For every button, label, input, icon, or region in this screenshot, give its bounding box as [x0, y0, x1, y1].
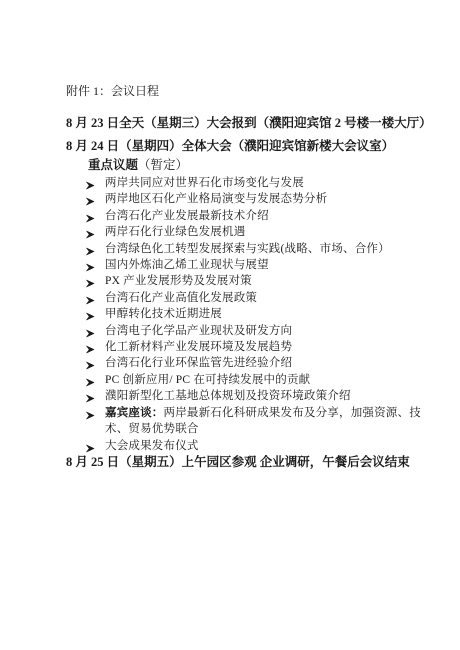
bullet-arrow-icon: [86, 228, 95, 237]
topic-text: 台湾电子化学品产业现状及研发方向: [105, 325, 292, 337]
topics-list: 两岸共同应对世界石化市场变化与发展 两岸地区石化产业格局演变与发展态势分析 台湾: [66, 175, 434, 454]
bullet-arrow-icon: [86, 359, 95, 368]
schedule-day-23: 8 月 23 日全天（星期三）大会报到（濮阳迎宾馆 2 号楼一楼大厅）: [66, 115, 434, 132]
topic-text: 两岸石化行业绿色发展机遇: [105, 226, 245, 238]
topic-text: 两岸地区石化产业格局演变与发展态势分析: [105, 193, 327, 205]
topic-list-item: 国内外炼油乙烯工业现状与展望: [66, 257, 434, 273]
topic-list-item: 甲醇转化技术近期进展: [66, 306, 434, 322]
attachment-title: 附件 1：会议日程: [66, 83, 434, 99]
bullet-arrow-icon: [86, 179, 95, 188]
topic-text: 两岸共同应对世界石化市场变化与发展: [105, 177, 304, 189]
topic-text: 台湾石化行业环保监管先进经验介绍: [105, 357, 292, 369]
bullet-arrow-icon: [86, 277, 95, 286]
bullet-arrow-icon: [86, 327, 95, 336]
topic-list-item: 台湾石化产业高值化发展政策: [66, 290, 434, 306]
topic-list-item: PX 产业发展形势及发展对策: [66, 273, 434, 289]
bullet-arrow-icon: [86, 245, 95, 254]
topic-text: 台湾绿色化工转型发展探索与实践(战略、市场、合作）: [105, 243, 390, 255]
bullet-arrow-icon: [86, 442, 95, 451]
bullet-arrow-icon: [86, 195, 95, 204]
topics-heading: 重点议题（暂定）: [88, 157, 434, 174]
topic-list-item: 两岸地区石化产业格局演变与发展态势分析: [66, 191, 434, 207]
schedule-day-24: 8 月 24 日（星期四）全体大会（濮阳迎宾馆新楼大会议室）: [66, 138, 434, 155]
topic-list-item: 台湾石化产业发展最新技术介绍: [66, 208, 434, 224]
topic-list-item: 台湾绿色化工转型发展探索与实践(战略、市场、合作）: [66, 241, 434, 257]
document-page: 附件 1：会议日程 8 月 23 日全天（星期三）大会报到（濮阳迎宾馆 2 号楼…: [0, 0, 460, 650]
topic-list-item: 化工新材料产业发展环境及发展趋势: [66, 339, 434, 355]
topic-list-item: 台湾石化行业环保监管先进经验介绍: [66, 355, 434, 371]
topic-list-item: 两岸共同应对世界石化市场变化与发展: [66, 175, 434, 191]
topic-list-item: PC 创新应用/ PC 在可持续发展中的贡献: [66, 372, 434, 388]
topic-list-item: 台湾电子化学品产业现状及研发方向: [66, 323, 434, 339]
topic-text: 国内外炼油乙烯工业现状与展望: [105, 259, 269, 271]
schedule-day-25: 8 月 25 日（星期五）上午园区参观 企业调研，午餐后会议结束: [66, 454, 434, 471]
bullet-arrow-icon: [86, 310, 95, 319]
topics-heading-note: （暂定）: [138, 158, 188, 172]
bullet-arrow-icon: [86, 392, 95, 401]
bullet-arrow-icon: [86, 343, 95, 352]
topic-text: PX 产业发展形势及发展对策: [105, 275, 252, 287]
topics-heading-label: 重点议题: [88, 158, 138, 172]
topic-text: 甲醇转化技术近期进展: [105, 308, 222, 320]
topic-list-item: 两岸石化行业绿色发展机遇: [66, 224, 434, 240]
bullet-arrow-icon: [86, 376, 95, 385]
topic-text: 化工新材料产业发展环境及发展趋势: [105, 341, 292, 353]
topic-text: 濮阳新型化工基地总体规划及投资环境政策介绍: [105, 390, 351, 402]
bullet-arrow-icon: [86, 294, 95, 303]
bullet-arrow-icon: [86, 212, 95, 221]
topic-list-item: 大会成果发布仪式: [66, 438, 434, 454]
topic-text: 台湾石化产业发展最新技术介绍: [105, 210, 269, 222]
bullet-arrow-icon: [86, 261, 95, 270]
topic-list-item: 嘉宾座谈：两岸最新石化科研成果发布及分享，加强资源、技术、贸易优势联合: [66, 405, 434, 438]
bullet-arrow-icon: [86, 409, 95, 418]
topic-bold-prefix: 嘉宾座谈：: [105, 407, 164, 419]
topic-text: 台湾石化产业高值化发展政策: [105, 292, 257, 304]
topic-list-item: 濮阳新型化工基地总体规划及投资环境政策介绍: [66, 388, 434, 404]
topic-text: 大会成果发布仪式: [105, 440, 199, 452]
topic-text: PC 创新应用/ PC 在可持续发展中的贡献: [105, 374, 310, 386]
